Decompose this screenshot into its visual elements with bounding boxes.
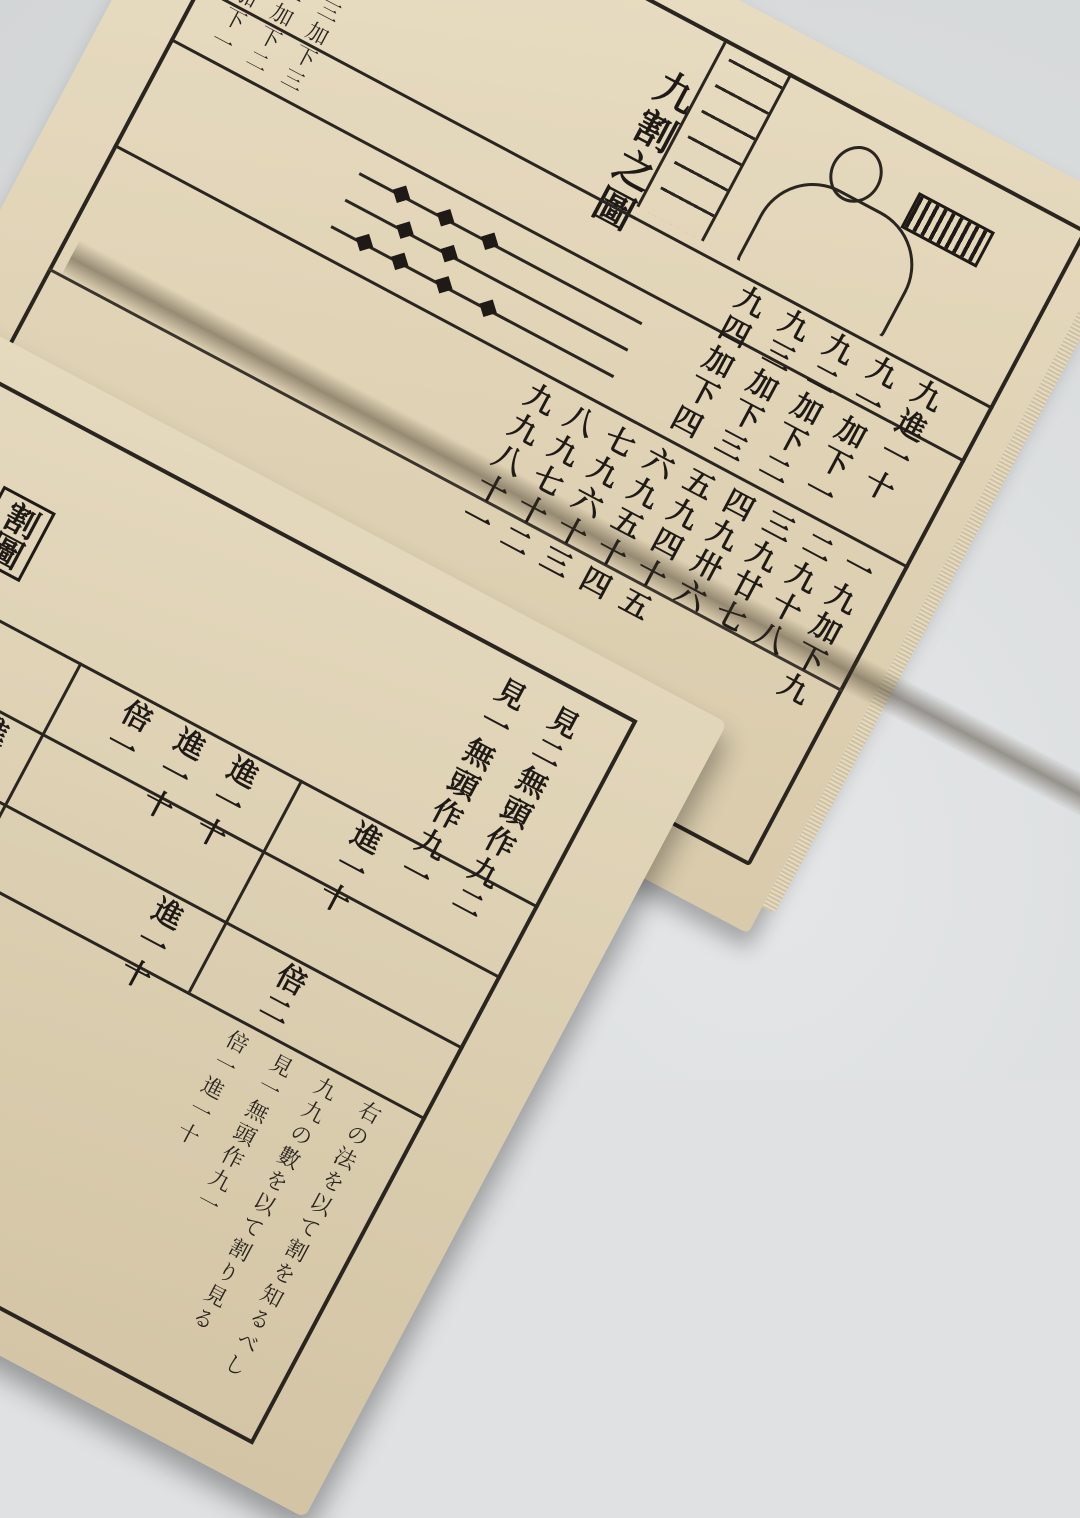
- photo-background: 九割之圖 九進一十 九一加下一 九二加下二 九三加下三 九四加下四 一九加下九 …: [0, 0, 1080, 1080]
- abacus-drawing: [900, 192, 995, 268]
